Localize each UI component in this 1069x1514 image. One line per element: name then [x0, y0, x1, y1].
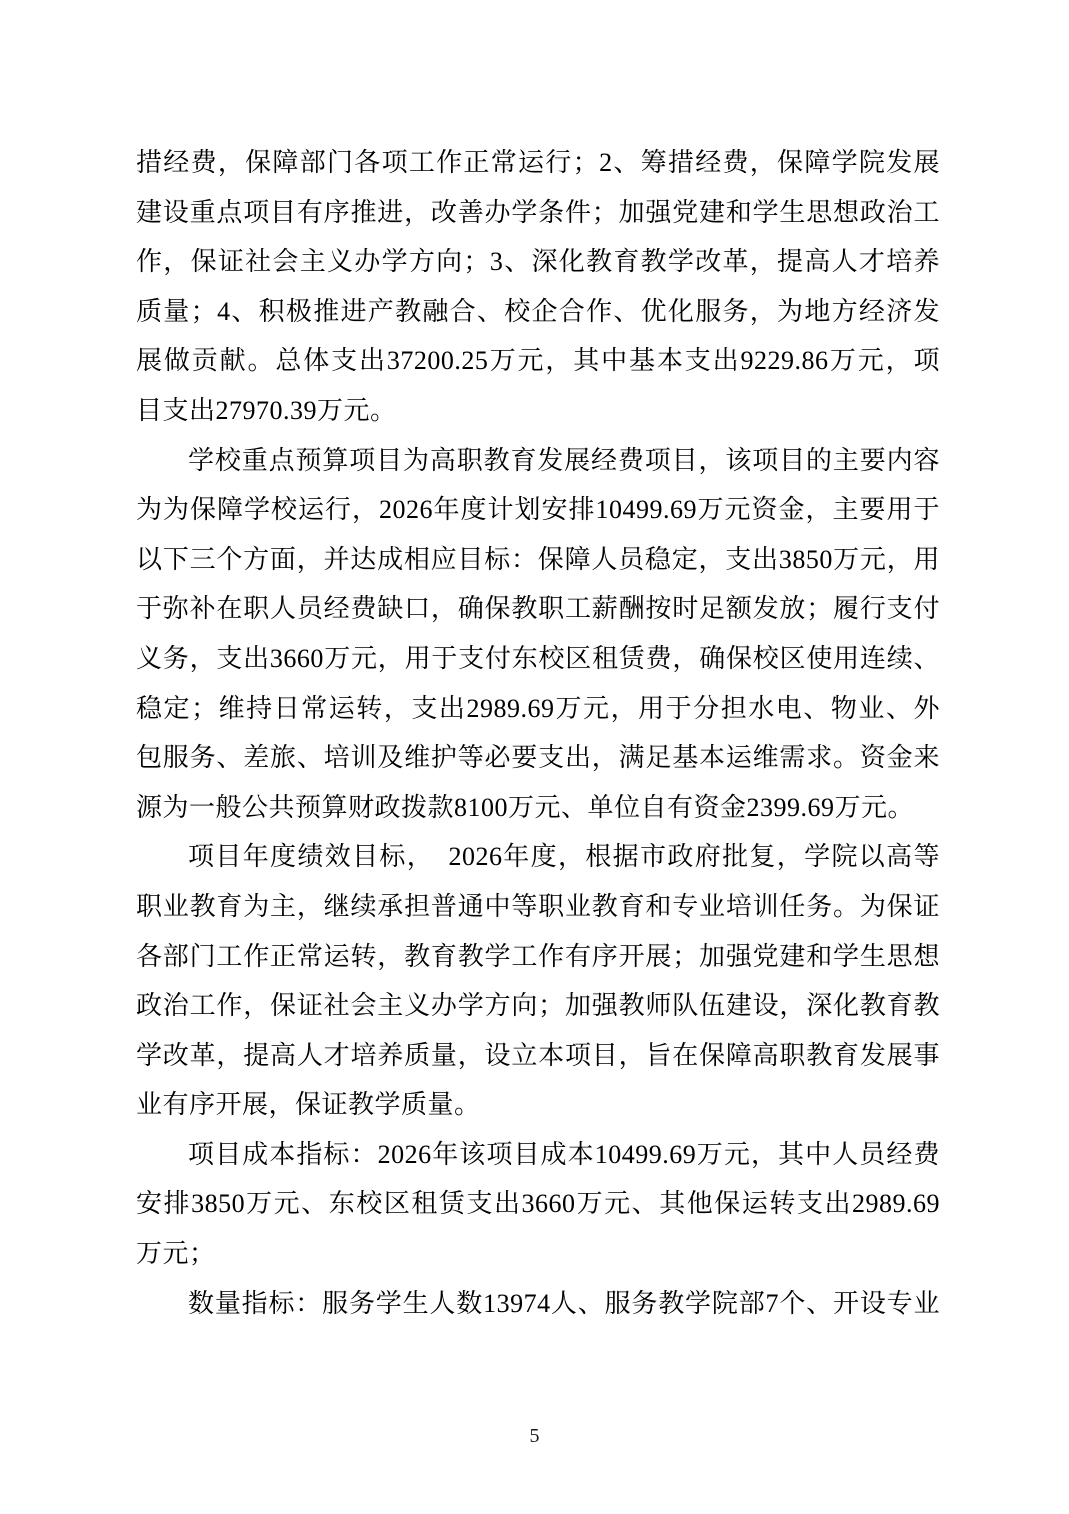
paragraph: 措经费，保障部门各项工作正常运行；2、筹措经费，保障学院发展建设重点项目有序推进…: [136, 138, 940, 436]
text-line: 万元；: [136, 1229, 940, 1279]
paragraph: 学校重点预算项目为高职教育发展经费项目，该项目的主要内容为为保障学校运行，202…: [136, 436, 940, 833]
document-page: 措经费，保障部门各项工作正常运行；2、筹措经费，保障学院发展建设重点项目有序推进…: [0, 0, 1069, 1514]
text-line: 作，保证社会主义办学方向；3、深化教育教学改革，提高人才培养: [136, 237, 940, 287]
text-line: 建设重点项目有序推进，改善办学条件；加强党建和学生思想政治工: [136, 188, 940, 238]
text-line: 展做贡献。总体支出37200.25万元，其中基本支出9229.86万元，项: [136, 336, 940, 386]
page-number: 5: [0, 1424, 1069, 1448]
text-line: 学改革，提高人才培养质量，设立本项目，旨在保障高职教育发展事: [136, 1031, 940, 1081]
text-line: 各部门工作正常运转，教育教学工作有序开展；加强党建和学生思想: [136, 932, 940, 982]
text-line: 义务，支出3660万元，用于支付东校区租赁费，确保校区使用连续、: [136, 634, 940, 684]
text-line: 为为保障学校运行，2026年度计划安排10499.69万元资金，主要用于: [136, 485, 940, 535]
text-line: 目支出27970.39万元。: [136, 386, 940, 436]
text-line: 质量；4、积极推进产教融合、校企合作、优化服务，为地方经济发: [136, 287, 940, 337]
paragraph: 项目成本指标：2026年该项目成本10499.69万元，其中人员经费安排3850…: [136, 1130, 940, 1279]
text-line: 以下三个方面，并达成相应目标：保障人员稳定，支出3850万元，用: [136, 535, 940, 585]
text-line: 数量指标：服务学生人数13974人、服务教学院部7个、开设专业: [136, 1279, 940, 1329]
text-line: 政治工作，保证社会主义办学方向；加强教师队伍建设，深化教育教: [136, 981, 940, 1031]
text-line: 业有序开展，保证教学质量。: [136, 1080, 940, 1130]
text-line: 包服务、差旅、培训及维护等必要支出，满足基本运维需求。资金来: [136, 733, 940, 783]
text-line: 项目成本指标：2026年该项目成本10499.69万元，其中人员经费: [136, 1130, 940, 1180]
paragraph: 项目年度绩效目标， 2026年度，根据市政府批复，学院以高等职业教育为主，继续承…: [136, 832, 940, 1130]
paragraph: 数量指标：服务学生人数13974人、服务教学院部7个、开设专业: [136, 1279, 940, 1329]
document-body: 措经费，保障部门各项工作正常运行；2、筹措经费，保障学院发展建设重点项目有序推进…: [136, 138, 940, 1328]
text-line: 稳定；维持日常运转，支出2989.69万元，用于分担水电、物业、外: [136, 684, 940, 734]
text-line: 项目年度绩效目标， 2026年度，根据市政府批复，学院以高等: [136, 832, 940, 882]
text-line: 职业教育为主，继续承担普通中等职业教育和专业培训任务。为保证: [136, 882, 940, 932]
text-line: 措经费，保障部门各项工作正常运行；2、筹措经费，保障学院发展: [136, 138, 940, 188]
text-line: 学校重点预算项目为高职教育发展经费项目，该项目的主要内容: [136, 436, 940, 486]
text-line: 安排3850万元、东校区租赁支出3660万元、其他保运转支出2989.69: [136, 1179, 940, 1229]
text-line: 于弥补在职人员经费缺口，确保教职工薪酬按时足额发放；履行支付: [136, 584, 940, 634]
text-line: 源为一般公共预算财政拨款8100万元、单位自有资金2399.69万元。: [136, 783, 940, 833]
